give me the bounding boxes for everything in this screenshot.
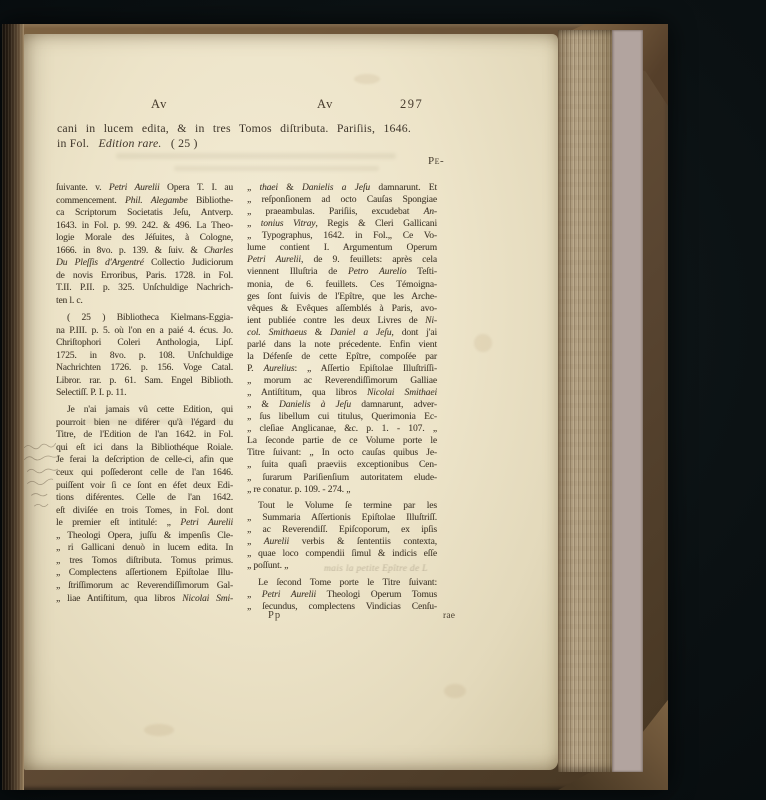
show-through-smudge xyxy=(174,166,379,171)
text-line: „ Theologi Opera, juſſu & impenſis Cle- xyxy=(56,530,233,543)
text-line: ten l. c. xyxy=(56,295,233,308)
show-through-text: mais la petite Epître de L xyxy=(324,564,428,574)
page-number: 297 xyxy=(400,97,423,112)
text-line: la Défenſe de cette Epître, compoſée par xyxy=(247,351,437,363)
text-line: „ reſponſionem ad octo Cauſas Spongiae xyxy=(247,194,437,206)
paragraph: Tout le Volume ſe termine par les„ Summa… xyxy=(247,500,437,572)
text-line: le premier eſt intitulé: „ Petri Aurelii xyxy=(56,517,233,530)
text-line: ca Scriptorum Societatis Jeſu, Antverp. xyxy=(56,207,233,220)
text-line: Titre ſuivant: „ In octo cauſas quibus J… xyxy=(247,447,437,459)
text-line: „ re conatur. p. 109. - 274. „ xyxy=(247,484,437,496)
text-line: commencement. Phil. Alegambe Bibliothe- xyxy=(56,195,233,208)
text-line: Chriſtophori Coleri Anthologia, Lipſ. xyxy=(56,337,233,350)
left-text-column: ſuivante. v. Petri Aurelii Opera T. I. a… xyxy=(56,182,233,605)
text-line: „ ac Reverendiſſ. Epiſcoporum, ex ipſis xyxy=(247,524,437,536)
foxing-spot xyxy=(354,74,380,84)
text-line: eſt diviſée en trois Tomes, in Fol. dont xyxy=(56,505,233,518)
text-line: Petri Aurelii, de 9. feuillets: après ce… xyxy=(247,254,437,266)
text-line: in Fol. Edition rare. ( 25 ) xyxy=(57,136,411,151)
text-line: de novis Erroribus, Paris. 1728. in Fol. xyxy=(56,270,233,283)
text-line: Libror. rar. p. 61. Sam. Engel Biblioth. xyxy=(56,375,233,388)
text-line: „ Antiſtitum, qua libros Nicolai Smithae… xyxy=(247,387,437,399)
text-line: col. Smithaeus & Daniel a Jeſu, dont j'a… xyxy=(247,327,437,339)
text-line: P. Aurelius: „ Aſſertio Epiſtolae Illuſt… xyxy=(247,363,437,375)
marbled-page-edge xyxy=(612,30,643,772)
text-line: La ſeconde partie de ce Volume porte le xyxy=(247,435,437,447)
text-line: qui eſt ici dans la Bibliothéque Roiale. xyxy=(56,442,233,455)
paragraph: Je n'ai jamais vû cette Edition, quipour… xyxy=(56,404,233,605)
text-line: Titre, de l'Edition de l'an 1642. in Fol… xyxy=(56,429,233,442)
text-line: tions diférentes. Celle de l'an 1642. xyxy=(56,492,233,505)
text-line: „ praeambulas. Pariſiis, excudebat An- xyxy=(247,206,437,218)
text-line: 1725. in 8vo. p. 108. Unſchuldige xyxy=(56,350,233,363)
running-title-left: Av xyxy=(151,97,167,112)
text-line: „ morum ac Reverendiſſimorum Galliae xyxy=(247,375,437,387)
text-line: ( 25 ) Bibliotheca Kielmans-Eggia- xyxy=(56,312,233,325)
text-line: „ Typographus, 1642. in Fol.„ Ce Vo- xyxy=(247,230,437,242)
book-page: Av Av 297 cani in lucem edita, & in tres… xyxy=(24,34,558,770)
text-line: pourroit bien ne diférer qu'à l'égard du xyxy=(56,417,233,430)
foxing-spot xyxy=(474,334,492,352)
text-line: 1666. in 8vo. p. 139. & ſuiv. & Charles xyxy=(56,245,233,258)
text-line: na P.III. p. 5. où l'on en a paié 4. écu… xyxy=(56,325,233,338)
text-line: „ quae loco compendii ſimul & indicis eſ… xyxy=(247,548,437,560)
text-line: „ tres Tomos diſtributa. Tomus primus. xyxy=(56,555,233,568)
text-line: Je ferai la deſcription de celle-ci, afi… xyxy=(56,454,233,467)
text-line: Je n'ai jamais vû cette Edition, qui xyxy=(56,404,233,417)
foxing-spot xyxy=(144,724,174,736)
text-line: „ & Danielis à Jeſu damnarunt, adver- xyxy=(247,399,437,411)
text-line: logie Morale des Jéſuites, à Cologne, xyxy=(56,232,233,245)
text-line: „ thaei & Danielis a Jeſu damnarunt. Et xyxy=(247,182,437,194)
text-line: „ cleſiae Anglicanae, &c. p. 1. - 107. „ xyxy=(247,423,437,435)
entry-text: cani in lucem edita, & in tres Tomos diſ… xyxy=(57,121,411,151)
paragraph: ( 25 ) Bibliotheca Kielmans-Eggia-na P.I… xyxy=(56,312,233,400)
text-line: „ Summaria Aſſertionis Epiſtolae Illuſtr… xyxy=(247,512,437,524)
handwritten-marginalia-icon xyxy=(24,438,70,522)
signature-mark: Pp xyxy=(268,610,281,621)
text-line: vêques & Evêques aſſemblés à Paris, avo- xyxy=(247,303,437,315)
right-text-column: „ thaei & Danielis a Jeſu damnarunt. Et„… xyxy=(247,182,437,613)
text-line: puiſſent voir ſi ce ſont en éfet deux Ed… xyxy=(56,480,233,493)
text-line: Le ſecond Tome porte le Titre ſuivant: xyxy=(247,577,437,589)
text-line: Tout le Volume ſe termine par les xyxy=(247,500,437,512)
foot-catchword: rae xyxy=(443,611,455,621)
show-through-smudge xyxy=(116,153,396,159)
text-line: parlé dans la note précedente. Enfin vie… xyxy=(247,339,437,351)
text-line: lume contient I. Argumentum Operum xyxy=(247,242,437,254)
paragraph: Le ſecond Tome porte le Titre ſuivant:„ … xyxy=(247,577,437,613)
text-line: „ ſus libellum cui titulus, Querimonia E… xyxy=(247,411,437,423)
text-line: ſuivante. v. Petri Aurelii Opera T. I. a… xyxy=(56,182,233,195)
text-line: ient publiée contre les deux Livres de N… xyxy=(247,315,437,327)
text-line: 1643. in Fol. p. 99. 242. & 496. La Theo… xyxy=(56,220,233,233)
paragraph: cani in lucem edita, & in tres Tomos diſ… xyxy=(57,121,411,151)
binding-gutter xyxy=(2,24,24,790)
page-edges-fore-edge xyxy=(558,30,612,772)
book-photograph: Av Av 297 cani in lucem edita, & in tres… xyxy=(0,0,766,800)
text-line: „ tonius Vitray, Regis & Cleri Gallicani xyxy=(247,218,437,230)
foxing-spot xyxy=(444,684,466,698)
text-line: „ ſuita quaſi praeviis exceptionibus Cen… xyxy=(247,459,437,471)
text-line: Selectiſſ. P. I. p. 11. xyxy=(56,387,233,400)
running-title-right: Av xyxy=(317,97,333,112)
text-line: „ liae Antiſtitum, qua libros Nicolai Sm… xyxy=(56,593,233,606)
text-line: T.II. P.II. p. 325. Unſchuldige Nachrich… xyxy=(56,282,233,295)
text-line: ges ſont ſuivis de l'Epître, que les Arc… xyxy=(247,291,437,303)
paragraph: ſuivante. v. Petri Aurelii Opera T. I. a… xyxy=(56,182,233,307)
text-line: „ Complectens aſſertionem Epiſtolae Illu… xyxy=(56,567,233,580)
text-line: monia, de 6. feuillets. Ces Témoigna- xyxy=(247,279,437,291)
text-line: „ ri Gallicani denuò in lucem edita. In xyxy=(56,542,233,555)
text-line: ceux qui poſſederont celle de l'an 1646. xyxy=(56,467,233,480)
text-line: „ ſtriſſimorum ac Reverendiſſimorum Gal- xyxy=(56,580,233,593)
text-line: cani in lucem edita, & in tres Tomos diſ… xyxy=(57,121,411,136)
paragraph: „ thaei & Danielis a Jeſu damnarunt. Et„… xyxy=(247,182,437,496)
text-line: „ Petri Aurelii Theologi Operum Tomus xyxy=(247,589,437,601)
entry-catchword: Pe- xyxy=(428,155,444,167)
text-line: Du Pleſſis d'Argentré Collectio Judicior… xyxy=(56,257,233,270)
text-line: viennent Illuſtria de Petro Aurelio Teſt… xyxy=(247,266,437,278)
text-line: „ ſurarum Pariſienſium autoritatem elude… xyxy=(247,472,437,484)
text-line: Nachrichten 1726. p. 156. Voge Catal. xyxy=(56,362,233,375)
text-line: „ Aurelii verbis & ſententiis contexta, xyxy=(247,536,437,548)
